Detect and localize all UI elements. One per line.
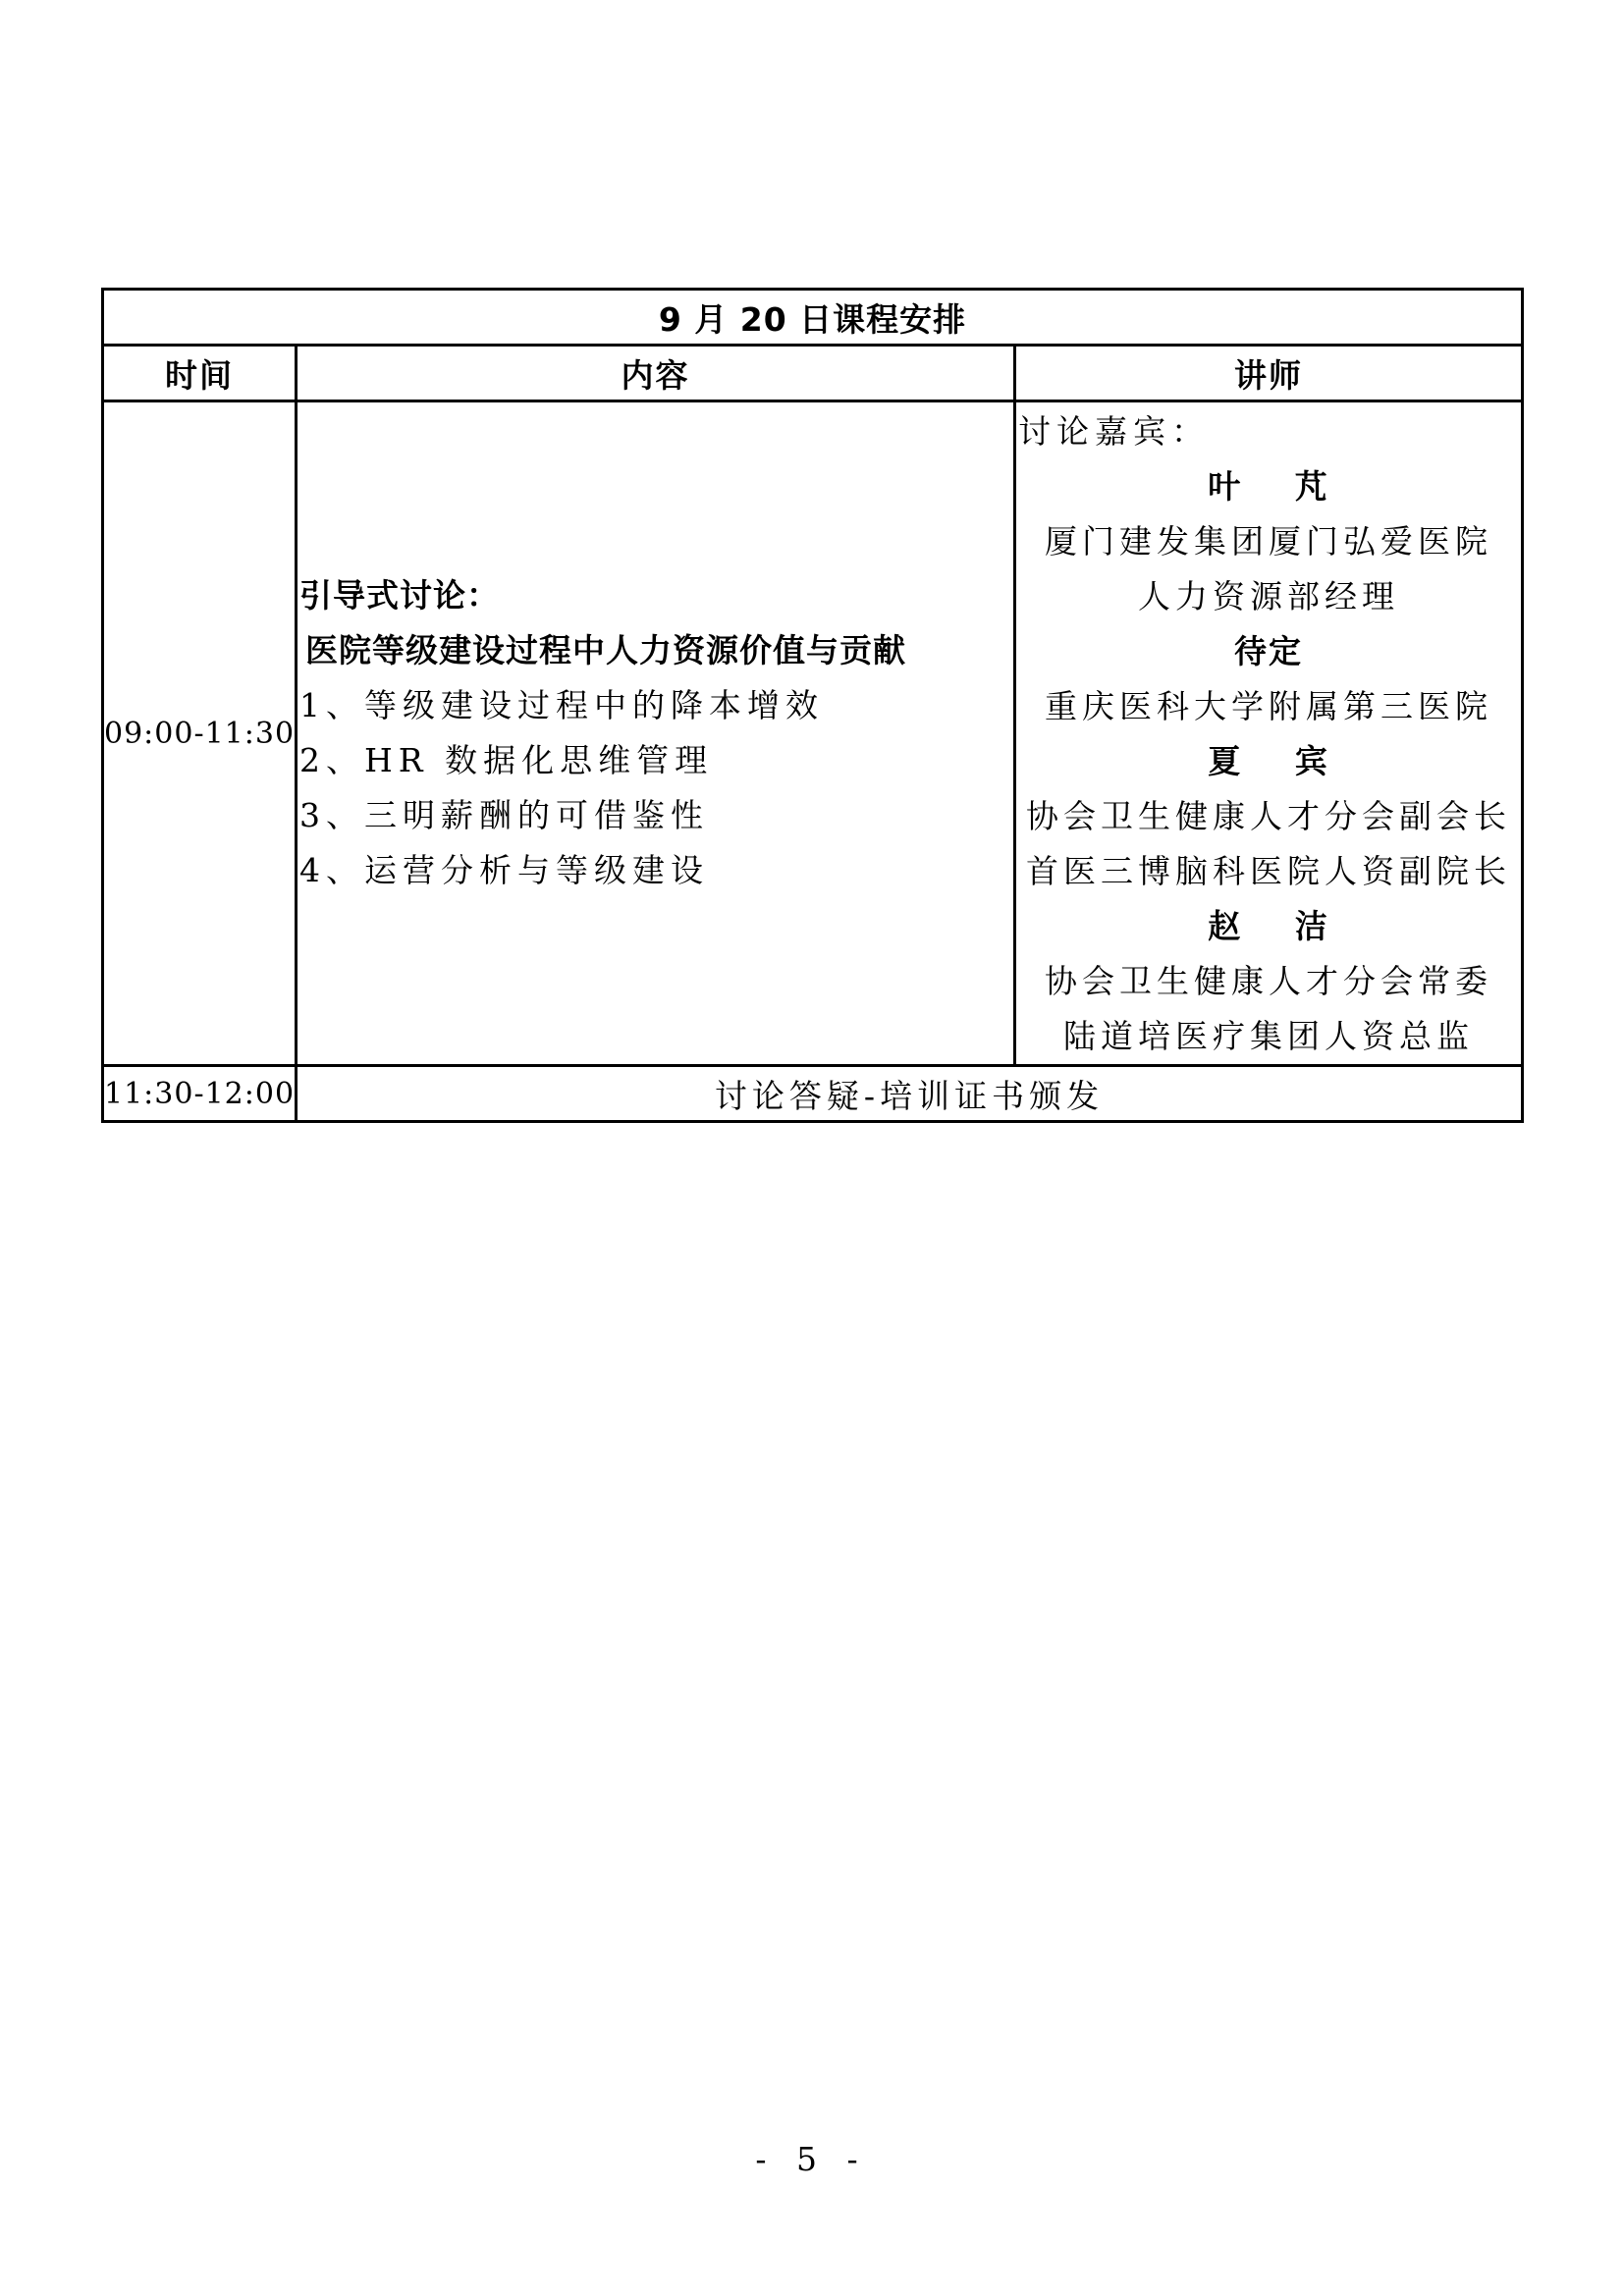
schedule-table: 9 月 20 日课程安排 时间 内容 讲师 09:00-11:30 引导式讨论：… xyxy=(101,288,1524,1123)
speaker-intro: 讨论嘉宾： xyxy=(1016,404,1521,459)
column-header-time: 时间 xyxy=(103,346,297,401)
content-item: 4、运营分析与等级建设 xyxy=(299,843,1013,898)
content-item: 2、HR 数据化思维管理 xyxy=(299,733,1013,788)
table-header-row: 时间 内容 讲师 xyxy=(103,346,1523,401)
speaker-cell: 讨论嘉宾： 叶 芃 厦门建发集团厦门弘爱医院 人力资源部经理 待定 重庆医科大学… xyxy=(1015,401,1523,1066)
speaker-role: 人力资源部经理 xyxy=(1016,569,1521,624)
speaker-role: 重庆医科大学附属第三医院 xyxy=(1016,679,1521,734)
content-cell: 引导式讨论： 医院等级建设过程中人力资源价值与贡献 1、等级建设过程中的降本增效… xyxy=(297,401,1015,1066)
speaker-name: 待定 xyxy=(1016,624,1521,679)
speaker-name: 赵 洁 xyxy=(1016,899,1521,954)
time-cell: 09:00-11:30 xyxy=(103,401,297,1066)
page-number: - 5 - xyxy=(0,2140,1623,2178)
content-item: 3、三明薪酬的可借鉴性 xyxy=(299,788,1013,843)
speaker-role: 协会卫生健康人才分会常委 xyxy=(1016,954,1521,1009)
speaker-name: 夏 宾 xyxy=(1016,734,1521,789)
table-title-row: 9 月 20 日课程安排 xyxy=(103,290,1523,346)
closing-session-cell: 讨论答疑-培训证书颁发 xyxy=(297,1066,1523,1122)
column-header-speaker: 讲师 xyxy=(1015,346,1523,401)
speaker-role: 厦门建发集团厦门弘爱医院 xyxy=(1016,514,1521,569)
content-lead: 引导式讨论： xyxy=(299,568,1013,623)
content-item: 1、等级建设过程中的降本增效 xyxy=(299,678,1013,733)
table-row: 11:30-12:00 讨论答疑-培训证书颁发 xyxy=(103,1066,1523,1122)
speaker-name: 叶 芃 xyxy=(1016,459,1521,514)
table-row: 09:00-11:30 引导式讨论： 医院等级建设过程中人力资源价值与贡献 1、… xyxy=(103,401,1523,1066)
speaker-role: 首医三博脑科医院人资副院长 xyxy=(1016,844,1521,899)
speaker-role: 陆道培医疗集团人资总监 xyxy=(1016,1009,1521,1064)
time-cell: 11:30-12:00 xyxy=(103,1066,297,1122)
column-header-content: 内容 xyxy=(297,346,1015,401)
table-title: 9 月 20 日课程安排 xyxy=(103,290,1523,346)
speaker-role: 协会卫生健康人才分会副会长 xyxy=(1016,789,1521,844)
document-page: 9 月 20 日课程安排 时间 内容 讲师 09:00-11:30 引导式讨论：… xyxy=(0,0,1623,2296)
content-topic: 医院等级建设过程中人力资源价值与贡献 xyxy=(299,623,1013,678)
